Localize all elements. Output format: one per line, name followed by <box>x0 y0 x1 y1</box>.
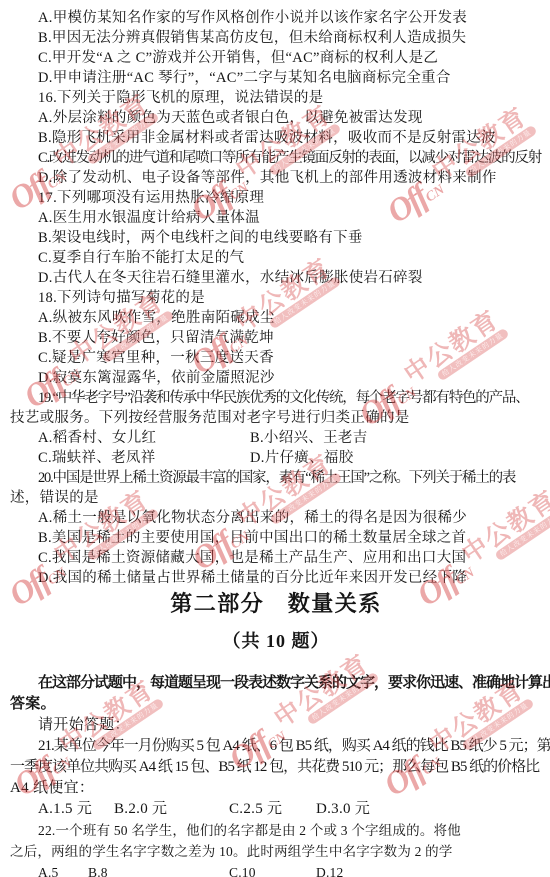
q19-stem-line-1: 19.“中华老字号”沿袭和传承中华民族优秀的文化传统，每个老字号都有特色的产品、 <box>10 388 542 408</box>
q19-options-row-2: C.瑞蚨祥、老凤祥D.片仔癀、福胶 <box>10 448 542 468</box>
q20-stem-line-2: 述，错误的是 <box>10 488 542 508</box>
q21-options-b: B.2.0 元 <box>114 799 167 820</box>
q19-options-row-1: A.稻香村、女儿红B.小绍兴、王老吉 <box>10 428 542 448</box>
q21-options-c: C.2.5 元 <box>229 799 282 820</box>
q21-stem-line-3: A4 纸便宜： <box>10 778 542 799</box>
q15-option-a: A.甲模仿某知名作家的写作风格创作小说并以该作家名字公开发表 <box>10 8 542 28</box>
q20-option-b: B.美国是稀土的主要使用国，目前中国出口的稀土数量居全球之首 <box>10 528 542 548</box>
q18-option-c: C.疑是广寒宫里种，一秋三度送天香 <box>10 348 542 368</box>
q18-option-a: A.纵被东风吹作雪，绝胜南陌碾成尘 <box>10 308 542 328</box>
q21-options: A.1.5 元B.2.0 元C.2.5 元D.3.0 元 <box>10 799 542 820</box>
q17-option-d: D.古代人在冬天往岩石缝里灌水，水结冰后膨胀使岩石碎裂 <box>10 268 542 288</box>
q18-option-b: B.不要人夸好颜色，只留清气满乾坤 <box>10 328 542 348</box>
q15-option-c: C.甲开发“A 之 C”游戏并公开销售，但“AC”商标的权利人是乙 <box>10 48 542 68</box>
q20-stem-line-1: 20.中国是世界上稀土资源最丰富的国家，素有“稀土王国”之称。下列关于稀土的表 <box>10 468 542 488</box>
begin-answering-note: 请开始答题： <box>10 715 542 736</box>
q21-options-d: D.3.0 元 <box>316 799 370 820</box>
q22-stem-line-2: 之后，两组的学生名字字数之差为 10。此时两组学生中名字字数为 2 的学 <box>10 841 542 862</box>
q19-options-row-2-c: C.瑞蚨祥、老凤祥 <box>38 448 156 468</box>
q16-option-c: C.改进发动机的进气道和尾喷口等所有能产生镜面反射的表面，以减少对雷达波的反射 <box>10 148 542 168</box>
q18-option-d: D.寂寞东篱湿露华，依前金靥照泥沙 <box>10 368 542 388</box>
part2-instructions-line-1: 在这部分试题中，每道题呈现一段表述数字关系的文字，要求你迅速、准确地计算出 <box>10 673 542 694</box>
q16-option-d: D.除了发动机、电子设备等部件，其他飞机上的部件用透波材料来制作 <box>10 168 542 188</box>
part2-heading: 第二部分 数量关系 <box>10 588 542 620</box>
q22-options-a: A.5 <box>38 862 58 877</box>
q20-option-a: A.稀土一般是以氧化物状态分离出来的，稀土的得名是因为很稀少 <box>10 508 542 528</box>
q15-option-d: D.甲申请注册“AC 琴行”，“AC”二字与某知名电脑商标完全重合 <box>10 68 542 88</box>
q17-stem: 17.下列哪项没有运用热胀冷缩原理 <box>10 188 542 208</box>
q22-options-b: B.8 <box>88 862 108 877</box>
q16-option-b: B.隐形飞机采用非金属材料或者雷达吸波材料，吸收而不是反射雷达波 <box>10 128 542 148</box>
q22-options-c: C.10 <box>229 862 256 877</box>
q19-options-row-2-d: D.片仔癀、福胶 <box>250 448 354 468</box>
q17-option-c: C.夏季自行车胎不能打太足的气 <box>10 248 542 268</box>
q21-stem-line-1: 21.某单位今年一月份购买 5 包 A4 纸、6 包 B5 纸，购买 A4 纸的… <box>10 736 542 757</box>
q19-stem-line-2: 技艺或服务。下列按经营服务范围对老字号进行归类正确的是 <box>10 408 542 428</box>
q22-options-d: D.12 <box>316 862 343 877</box>
q20-option-c: C.我国是稀土资源储藏大国，也是稀土产品生产、应用和出口大国 <box>10 548 542 568</box>
q21-options-a: A.1.5 元 <box>38 799 92 820</box>
q18-stem: 18.下列诗句描写菊花的是 <box>10 288 542 308</box>
q17-option-a: A.医生用水银温度计给病人量体温 <box>10 208 542 228</box>
part2-instructions-line-2: 答案。 <box>10 694 542 715</box>
q21-stem-line-2: 一季度该单位共购买 A4 纸 15 包、B5 纸 12 包，共花费 510 元；… <box>10 757 542 778</box>
q17-option-b: B.架设电线时，两个电线杆之间的电线要略有下垂 <box>10 228 542 248</box>
document-page: A.甲模仿某知名作家的写作风格创作小说并以该作家名字公开发表B.甲因无法分辨真假… <box>0 0 550 877</box>
q15-option-b: B.甲因无法分辨真假销售某高仿皮包，但未给商标权利人造成损失 <box>10 28 542 48</box>
q19-options-row-1-b: B.小绍兴、王老吉 <box>250 428 368 448</box>
q20-option-d: D.我国的稀土储量占世界稀土储量的百分比近年来因开发已经下降 <box>10 568 542 588</box>
part2-count-heading: （共 10 题） <box>10 626 542 656</box>
q22-options: A.5B.8C.10D.12 <box>10 862 542 877</box>
q22-stem-line-1: 22.一个班有 50 名学生，他们的名字都是由 2 个或 3 个字组成的。将他 <box>10 820 542 841</box>
q16-stem: 16.下列关于隐形飞机的原理，说法错误的是 <box>10 88 542 108</box>
q19-options-row-1-a: A.稻香村、女儿红 <box>38 428 156 448</box>
q16-option-a: A.外层涂料的颜色为天蓝色或者银白色，以避免被雷达发现 <box>10 108 542 128</box>
